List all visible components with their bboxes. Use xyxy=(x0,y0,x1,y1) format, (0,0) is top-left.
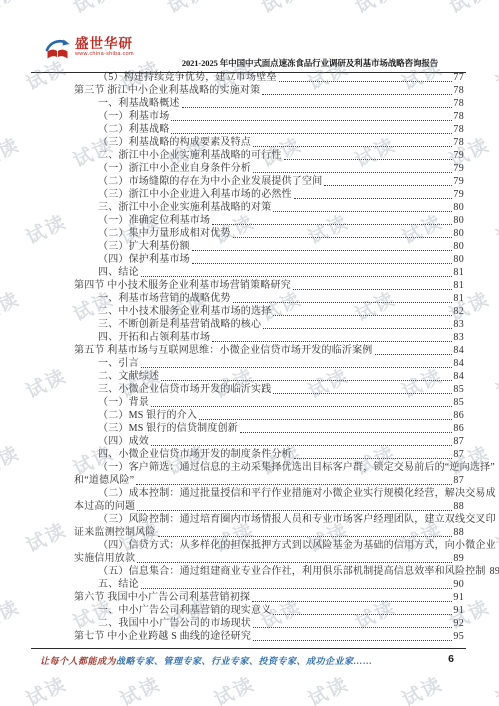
toc-entry: 三、小微企业信贷市场开发的临沂实践85 xyxy=(74,383,464,396)
toc-entry-text: （三）风险控制：通过培育圈内市场情报人员和专业市场客户经理团队，建立双线交叉印 xyxy=(98,513,496,526)
toc-entry-text: （三）扩大利基份额 xyxy=(98,240,190,253)
toc-page-number: 80 xyxy=(453,240,464,253)
toc-page-number: 78 xyxy=(453,136,464,149)
toc-entry: 四、开拓和占领利基市场83 xyxy=(74,331,464,344)
toc-page-number: 84 xyxy=(453,370,464,383)
toc-entry: 二、浙江中小企业实施利基战略的可行性79 xyxy=(74,149,464,162)
toc-entry-text-continued: 证来监测控制风险 xyxy=(74,526,156,539)
toc-entry-text: （三）利基战略的构成要素及特点 xyxy=(98,136,251,149)
toc-entry-text: 一、利基战略概述 xyxy=(98,97,180,110)
toc-page-number: 78 xyxy=(453,97,464,110)
toc-entry: （二）成本控制：通过批量授信和平行作业措施对小微企业实行规模化经营，解决交易成本… xyxy=(74,487,464,513)
toc-page-number: 86 xyxy=(453,422,464,435)
watermark-text: 试读 xyxy=(491,53,499,96)
dot-leader xyxy=(233,302,453,303)
dot-leader xyxy=(192,250,453,251)
dot-leader xyxy=(161,380,452,381)
dot-leader xyxy=(253,172,452,173)
toc-page-number: 87 xyxy=(453,474,464,487)
toc-entry-line: 二、文献综述84 xyxy=(74,370,464,383)
dot-leader xyxy=(273,614,452,615)
toc-page-number: 78 xyxy=(453,84,464,97)
toc-page-number: 83 xyxy=(453,331,464,344)
toc-page-number: 83 xyxy=(453,318,464,331)
toc-entry-text: 三、不断创新是利基营销战略的核心 xyxy=(98,318,261,331)
toc-entry-text-continued: 实施信用放款 xyxy=(74,552,135,565)
toc-page-number: 95 xyxy=(453,630,464,643)
toc-entry-line: （四）成效87 xyxy=(74,435,464,448)
toc-entry: 三、浙江中小企业实施利基战略的对策80 xyxy=(74,201,464,214)
dot-leader xyxy=(233,237,453,238)
toc-entry-line: 一、利基战略概述78 xyxy=(74,97,464,110)
report-title: 2021-2025 年中国中式面点速冻食品行业调研及利基市场战略咨询报告 xyxy=(156,57,464,69)
toc-entry: 二、我国中小广告公司的市场现状92 xyxy=(74,617,464,630)
brand-name: 盛世华研 xyxy=(75,36,134,51)
toc-entry: （二）集中力量形成相对优势80 xyxy=(74,227,464,240)
toc-entry: 第六节 我国中小广告公司利基营销初探91 xyxy=(74,591,464,604)
toc-entry-text: 一、中小广告公司利基营销的现实意义 xyxy=(98,604,271,617)
toc-entry: 第五节 利基市场与互联网思维：小微企业信贷市场开发的临沂案例84 xyxy=(74,344,464,357)
watermark-text: 试读 xyxy=(256,0,306,19)
toc-entry-line: （5）构建持续竞争优势，建立市场壁垒77 xyxy=(74,71,464,84)
dot-leader xyxy=(294,458,453,459)
toc-entry-line: 二、浙江中小企业实施利基战略的可行性79 xyxy=(74,149,464,162)
toc-entry: （一）浙江中小企业自身条件分析79 xyxy=(74,162,464,175)
toc-page-number: 79 xyxy=(453,175,464,188)
toc-entry: （二）利基战略78 xyxy=(74,123,464,136)
toc-entry-line: （二）市场缝隙的存在为中小企业发展提供了空间79 xyxy=(74,175,464,188)
toc-page-number: 90 xyxy=(453,578,464,591)
toc-entry-text-continued: 本过高的问题 xyxy=(74,500,135,513)
toc-page-number: 78 xyxy=(453,110,464,123)
toc-entry: 四、小微企业信贷市场开发的制度条件分析87 xyxy=(74,448,464,461)
watermark-text: 试读 xyxy=(491,669,499,706)
toc-entry: （三）扩大利基份额80 xyxy=(74,240,464,253)
toc-entry: 第七节 中小企业跨越 S 曲线的途径研究95 xyxy=(74,630,464,643)
toc-entry-text: （四）成效 xyxy=(98,435,149,448)
toc-entry-line: 第六节 我国中小广告公司利基营销初探91 xyxy=(74,591,464,604)
toc-entry-line: （三）MS 银行的信贷制度创新86 xyxy=(74,422,464,435)
toc-page-number: 82 xyxy=(453,305,464,318)
toc-entry-line: 三、小微企业信贷市场开发的临沂实践85 xyxy=(74,383,464,396)
toc-entry-line: 四、开拓和占领利基市场83 xyxy=(74,331,464,344)
brand-url: www.china-shiba.com xyxy=(75,51,134,58)
dot-leader xyxy=(171,120,452,121)
toc-entry-text: （一）浙江中小企业自身条件分析 xyxy=(98,162,251,175)
footer-slogan-rest: 战略专家、管理专家、行业专家、投资专家、成功企业家…… xyxy=(116,656,373,666)
dot-leader xyxy=(273,211,452,212)
toc-page-number: 86 xyxy=(453,409,464,422)
brand-logo: 盛世华研 www.china-shiba.com xyxy=(44,36,134,64)
toc-entry: 一、引言84 xyxy=(74,357,464,370)
toc-entry: 五、结论90 xyxy=(74,578,464,591)
toc-entry-text: （二）集中力量形成相对优势 xyxy=(98,227,231,240)
toc-list: （5）构建持续竞争优势，建立市场壁垒77第三节 浙江中小企业利基战略的实施对策7… xyxy=(74,71,464,643)
toc-page-number: 81 xyxy=(453,292,464,305)
toc-entry: （三）风险控制：通过培育圈内市场情报人员和专业市场客户经理团队，建立双线交叉印证… xyxy=(74,513,464,539)
dot-leader xyxy=(324,185,452,186)
watermark-text: 试读 xyxy=(0,592,24,635)
dot-leader xyxy=(263,328,452,329)
watermark-text: 试读 xyxy=(68,0,118,19)
toc-entry-text: 第四节 中小技术服务企业利基市场营销策略研究 xyxy=(74,279,291,292)
dot-leader xyxy=(136,484,452,485)
toc-entry-text: （三）浙江中小企业进入利基市场的必然性 xyxy=(98,188,292,201)
toc-entry-line: （二）利基战略78 xyxy=(74,123,464,136)
toc-entry-text-continued: 和“道德风险” xyxy=(74,474,134,487)
toc-entry: （五）信息集合：通过组建商业专业合作社，利用俱乐部机制提高信息效率和风险控制89 xyxy=(74,565,464,578)
page-number: 6 xyxy=(448,653,454,665)
toc-entry-text: （一）客户筛选：通过信息的主动采集择优选出目标客户群，锁定交易前后的“逆向选择” xyxy=(98,461,495,474)
dot-leader xyxy=(293,289,452,290)
toc-entry: （三）浙江中小企业进入利基市场的必然性79 xyxy=(74,188,464,201)
watermark-text: 试读 xyxy=(21,669,71,706)
dot-leader xyxy=(273,315,452,316)
toc-entry-line: 一、中小广告公司利基营销的现实意义91 xyxy=(74,604,464,617)
dot-leader xyxy=(171,133,452,134)
dot-leader xyxy=(212,341,452,342)
toc-entry-text: 第七节 中小企业跨越 S 曲线的途径研究 xyxy=(74,630,251,643)
toc-page-number: 84 xyxy=(453,357,464,370)
dot-leader xyxy=(151,445,452,446)
watermark-text: 试读 xyxy=(303,669,353,706)
toc-page-number: 92 xyxy=(453,617,464,630)
toc-entry-line: 和“道德风险”87 xyxy=(74,474,464,487)
footer-slogan-lead: 让每个人都能成为 xyxy=(40,656,116,666)
toc-entry-text: 二、我国中小广告公司的市场现状 xyxy=(98,617,251,630)
toc-entry-line: 二、中小技术服务企业利基市场的选择82 xyxy=(74,305,464,318)
watermark-text: 试读 xyxy=(491,361,499,404)
toc-entry-line: 第三节 浙江中小企业利基战略的实施对策78 xyxy=(74,84,464,97)
toc-entry-line: 证来监测控制风险88 xyxy=(74,526,464,539)
watermark-text: 试读 xyxy=(21,207,71,250)
toc-entry-line: 一、引言84 xyxy=(74,357,464,370)
toc-page-number: 89 xyxy=(453,552,464,565)
toc-entry-line: （五）信息集合：通过组建商业专业合作社，利用俱乐部机制提高信息效率和风险控制89 xyxy=(74,565,464,578)
toc-entry: （三）利基战略的构成要素及特点78 xyxy=(74,136,464,149)
toc-entry-text: 第三节 浙江中小企业利基战略的实施对策 xyxy=(74,84,260,97)
dot-leader xyxy=(141,588,453,589)
dot-leader xyxy=(240,432,452,433)
toc-entry-text: （一）背景 xyxy=(98,396,149,409)
toc-page-number: 79 xyxy=(453,188,464,201)
toc-entry-text: 一、引言 xyxy=(98,357,139,370)
dot-leader xyxy=(253,146,452,147)
dot-leader xyxy=(252,601,452,602)
dot-leader xyxy=(199,419,452,420)
dot-leader xyxy=(137,510,452,511)
dot-leader xyxy=(273,393,452,394)
watermark-text: 试读 xyxy=(0,130,24,173)
toc-entry-text: 二、文献综述 xyxy=(98,370,159,383)
dot-leader xyxy=(212,224,452,225)
watermark-text: 试读 xyxy=(21,515,71,558)
toc-entry-line: 二、我国中小广告公司的市场现状92 xyxy=(74,617,464,630)
toc-entry-text: （三）MS 银行的信贷制度创新 xyxy=(98,422,238,435)
toc-page-number: 78 xyxy=(453,123,464,136)
toc-entry-line: （三）浙江中小企业进入利基市场的必然性79 xyxy=(74,188,464,201)
toc-entry-line: 三、不断创新是利基营销战略的核心83 xyxy=(74,318,464,331)
toc-entry-text: 四、开拓和占领利基市场 xyxy=(98,331,210,344)
footer-rule xyxy=(31,648,466,649)
toc-entry: 一、中小广告公司利基营销的现实意义91 xyxy=(74,604,464,617)
toc-entry-line: （一）客户筛选：通过信息的主动采集择优选出目标客户群，锁定交易前后的“逆向选择” xyxy=(74,461,464,474)
toc-entry-text: （二）市场缝隙的存在为中小企业发展提供了空间 xyxy=(98,175,322,188)
watermark-text: 试读 xyxy=(0,438,24,481)
toc-entry-line: 四、结论81 xyxy=(74,266,464,279)
toc-entry: （一）准确定位利基市场80 xyxy=(74,214,464,227)
toc-entry: （一）客户筛选：通过信息的主动采集择优选出目标客户群，锁定交易前后的“逆向选择”… xyxy=(74,461,464,487)
toc-page-number: 85 xyxy=(453,396,464,409)
toc-entry: （一）背景85 xyxy=(74,396,464,409)
toc-entry: 二、中小技术服务企业利基市场的选择82 xyxy=(74,305,464,318)
toc-page-number: 91 xyxy=(453,591,464,604)
watermark-text: 试读 xyxy=(0,284,24,327)
toc-page-number: 81 xyxy=(453,266,464,279)
watermark-text: 试读 xyxy=(397,669,447,706)
toc-entry: 一、利基市场营销的战略优势81 xyxy=(74,292,464,305)
toc-entry-line: （一）利基市场78 xyxy=(74,110,464,123)
toc-entry-line: 第四节 中小技术服务企业利基市场营销策略研究81 xyxy=(74,279,464,292)
dot-leader xyxy=(279,81,453,82)
toc-entry: （一）利基市场78 xyxy=(74,110,464,123)
watermark-text: 试读 xyxy=(162,0,212,19)
toc-page-number: 80 xyxy=(453,227,464,240)
toc-entry-line: （三）利基战略的构成要素及特点78 xyxy=(74,136,464,149)
toc-entry: 第三节 浙江中小企业利基战略的实施对策78 xyxy=(74,84,464,97)
dot-leader xyxy=(151,406,452,407)
toc-entry: 三、不断创新是利基营销战略的核心83 xyxy=(74,318,464,331)
toc-entry-line: （四）信贷方式：从多样化的担保抵押方式到以风险基金为基础的信用方式，向小微企业 xyxy=(74,539,464,552)
dot-leader xyxy=(192,263,453,264)
watermark-text: 试读 xyxy=(491,207,499,250)
dot-leader xyxy=(182,107,453,108)
toc-page-number: 81 xyxy=(453,279,464,292)
toc-entry-line: 四、小微企业信贷市场开发的制度条件分析87 xyxy=(74,448,464,461)
toc-entry-text: 四、结论 xyxy=(98,266,139,279)
dot-leader xyxy=(284,159,453,160)
toc-entry: （四）信贷方式：从多样化的担保抵押方式到以风险基金为基础的信用方式，向小微企业实… xyxy=(74,539,464,565)
logo-text-block: 盛世华研 www.china-shiba.com xyxy=(75,36,134,58)
toc-entry: （四）成效87 xyxy=(74,435,464,448)
toc-entry: 第四节 中小技术服务企业利基市场营销策略研究81 xyxy=(74,279,464,292)
toc-entry-text: 五、结论 xyxy=(98,578,139,591)
toc-page-number: 80 xyxy=(453,253,464,266)
toc-page-number: 77 xyxy=(453,71,464,84)
toc-page-number: 87 xyxy=(453,448,464,461)
toc-entry: （三）MS 银行的信贷制度创新86 xyxy=(74,422,464,435)
toc-entry: 一、利基战略概述78 xyxy=(74,97,464,110)
dot-leader xyxy=(253,640,452,641)
watermark-text: 试读 xyxy=(350,0,400,19)
toc-entry-text: 第六节 我国中小广告公司利基营销初探 xyxy=(74,591,250,604)
dot-leader xyxy=(253,627,452,628)
toc-entry-line: 一、利基市场营销的战略优势81 xyxy=(74,292,464,305)
toc-entry-line: （三）扩大利基份额80 xyxy=(74,240,464,253)
toc-page-number: 88 xyxy=(453,500,464,513)
toc-page-number: 80 xyxy=(453,214,464,227)
toc-page-number: 80 xyxy=(453,201,464,214)
toc-entry-text: 二、中小技术服务企业利基市场的选择 xyxy=(98,305,271,318)
toc-entry-line: 第七节 中小企业跨越 S 曲线的途径研究95 xyxy=(74,630,464,643)
toc-entry-line: 本过高的问题88 xyxy=(74,500,464,513)
toc-entry-line: （一）浙江中小企业自身条件分析79 xyxy=(74,162,464,175)
toc-entry: （5）构建持续竞争优势，建立市场壁垒77 xyxy=(74,71,464,84)
dot-leader xyxy=(158,536,453,537)
toc-page-number: 89 xyxy=(490,565,499,578)
toc-entry-line: 五、结论90 xyxy=(74,578,464,591)
toc-entry: （二）市场缝隙的存在为中小企业发展提供了空间79 xyxy=(74,175,464,188)
toc-page-number: 84 xyxy=(453,344,464,357)
toc-entry-line: 实施信用放款89 xyxy=(74,552,464,565)
watermark-text: 试读 xyxy=(21,361,71,404)
toc-entry-line: （一）准确定位利基市场80 xyxy=(74,214,464,227)
toc-entry-text: （一）利基市场 xyxy=(98,110,169,123)
watermark-text: 试读 xyxy=(115,669,165,706)
toc-entry-text: （二）MS 银行的介入 xyxy=(98,409,197,422)
dot-leader xyxy=(294,198,453,199)
toc-entry-line: （四）保护利基市场80 xyxy=(74,253,464,266)
watermark-text: 试读 xyxy=(0,0,24,19)
toc-page-number: 87 xyxy=(453,435,464,448)
open-book-swoosh-icon xyxy=(44,38,71,64)
toc-entry-text: （四）信贷方式：从多样化的担保抵押方式到以风险基金为基础的信用方式，向小微企业 xyxy=(98,539,496,552)
toc-entry-line: （二）集中力量形成相对优势80 xyxy=(74,227,464,240)
toc-entry-text: （五）信息集合：通过组建商业专业合作社，利用俱乐部机制提高信息效率和风险控制 xyxy=(98,565,486,578)
toc-entry: 二、文献综述84 xyxy=(74,370,464,383)
toc-page-number: 91 xyxy=(453,604,464,617)
toc-entry: （四）保护利基市场80 xyxy=(74,253,464,266)
toc-entry-text: 三、浙江中小企业实施利基战略的对策 xyxy=(98,201,271,214)
toc-page-number: 79 xyxy=(453,149,464,162)
watermark-text: 试读 xyxy=(444,0,494,19)
toc-entry: （二）MS 银行的介入86 xyxy=(74,409,464,422)
toc-entry-line: （二）MS 银行的介入86 xyxy=(74,409,464,422)
toc-entry: 四、结论81 xyxy=(74,266,464,279)
toc-page-number: 88 xyxy=(453,526,464,539)
toc-entry-line: 三、浙江中小企业实施利基战略的对策80 xyxy=(74,201,464,214)
toc-entry-text: （二）利基战略 xyxy=(98,123,169,136)
toc-entry-line: 第五节 利基市场与互联网思维：小微企业信贷市场开发的临沂案例84 xyxy=(74,344,464,357)
toc-entry-text: 四、小微企业信贷市场开发的制度条件分析 xyxy=(98,448,292,461)
toc-entry-text: 二、浙江中小企业实施利基战略的可行性 xyxy=(98,149,282,162)
dot-leader xyxy=(375,354,453,355)
toc-entry-text: 一、利基市场营销的战略优势 xyxy=(98,292,231,305)
dot-leader xyxy=(141,367,453,368)
dot-leader xyxy=(141,276,453,277)
toc-entry-text: 第五节 利基市场与互联网思维：小微企业信贷市场开发的临沂案例 xyxy=(74,344,373,357)
toc-entry-text: （二）成本控制：通过批量授信和平行作业措施对小微企业实行规模化经营，解决交易成 xyxy=(98,487,496,500)
toc-entry-text: （一）准确定位利基市场 xyxy=(98,214,210,227)
toc-entry-line: （三）风险控制：通过培育圈内市场情报人员和专业市场客户经理团队，建立双线交叉印 xyxy=(74,513,464,526)
page-header: 盛世华研 www.china-shiba.com 2021-2025 年中国中式… xyxy=(31,34,466,73)
dot-leader xyxy=(137,562,452,563)
toc-entry-text: （5）构建持续竞争优势，建立市场壁垒 xyxy=(98,71,277,84)
watermark-text: 试读 xyxy=(209,669,259,706)
toc-page-number: 79 xyxy=(453,162,464,175)
toc-entry-line: （二）成本控制：通过批量授信和平行作业措施对小微企业实行规模化经营，解决交易成 xyxy=(74,487,464,500)
dot-leader xyxy=(262,94,452,95)
toc-entry-text: （四）保护利基市场 xyxy=(98,253,190,266)
toc-page-number: 85 xyxy=(453,383,464,396)
footer-slogan: 让每个人都能成为战略专家、管理专家、行业专家、投资专家、成功企业家…… xyxy=(40,654,373,667)
toc-entry-text: 三、小微企业信贷市场开发的临沂实践 xyxy=(98,383,271,396)
toc-entry-line: （一）背景85 xyxy=(74,396,464,409)
